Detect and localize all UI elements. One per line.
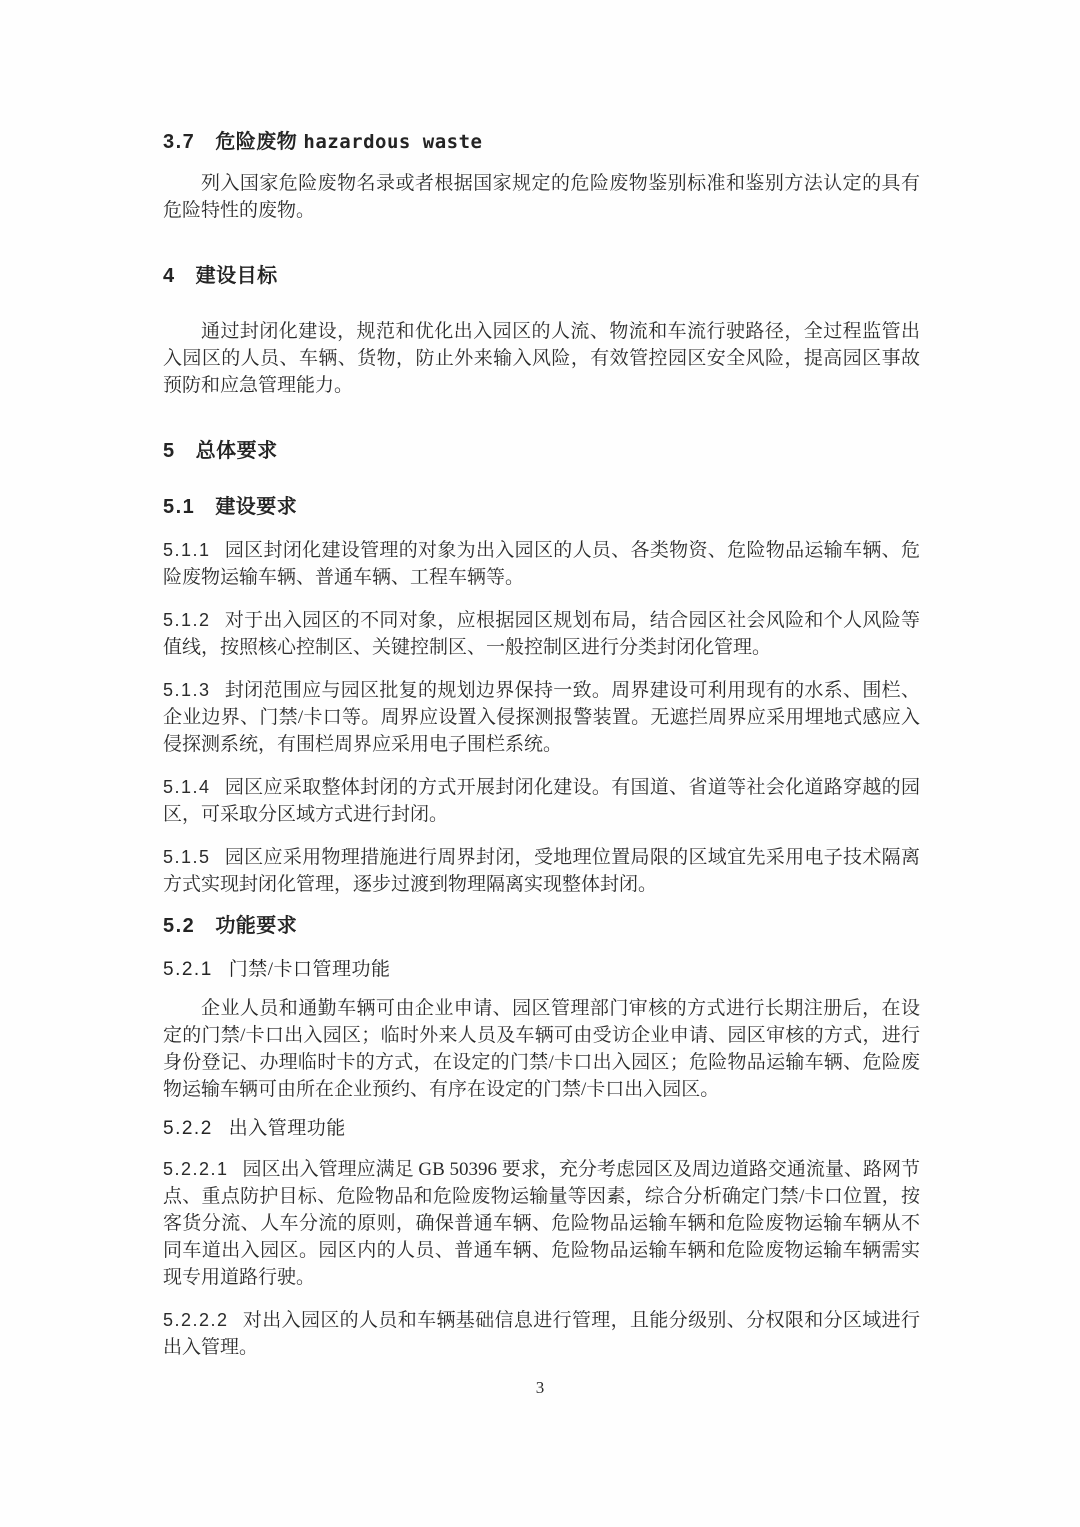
section-title: 建设目标 (196, 265, 278, 287)
section-number: 3.7 (163, 128, 195, 156)
section-title: 建设要求 (215, 496, 297, 518)
clause-number: 5.1.1 (163, 537, 211, 564)
section-number: 5.2.2 (163, 1115, 213, 1142)
paragraph-5-2-1: 企业人员和通勤车辆可由企业申请、园区管理部门审核的方式进行长期注册后，在设定的门… (163, 995, 920, 1103)
section-heading-3-7: 3.7危险废物 hazardous waste (163, 128, 920, 156)
clause-number: 5.2.2.2 (163, 1307, 229, 1334)
section-heading-5-2-1: 5.2.1门禁/卡口管理功能 (163, 956, 920, 983)
section-title: 危险废物 (215, 131, 297, 153)
clause-text: 对出入园区的人员和车辆基础信息进行管理，且能分级别、分权限和分区域进行出入管理。 (163, 1310, 920, 1358)
document-page: 3.7危险废物 hazardous waste 列入国家危险废物名录或者根据国家… (0, 0, 1080, 1527)
clause-number: 5.1.5 (163, 844, 211, 871)
clause-number: 5.1.2 (163, 607, 211, 634)
clause-5-2-2-2: 5.2.2.2对出入园区的人员和车辆基础信息进行管理，且能分级别、分权限和分区域… (163, 1307, 920, 1361)
clause-text: 园区应采取整体封闭的方式开展封闭化建设。有国道、省道等社会化道路穿越的园区，可采… (163, 777, 920, 825)
section-number: 5.1 (163, 493, 195, 521)
clause-text: 园区应采用物理措施进行周界封闭，受地理位置局限的区域宜先采用电子技术隔离方式实现… (163, 847, 920, 895)
section-heading-5-2-2: 5.2.2出入管理功能 (163, 1115, 920, 1142)
section-title: 门禁/卡口管理功能 (229, 959, 391, 980)
clause-5-1-3: 5.1.3封闭范围应与园区批复的规划边界保持一致。周界建设可利用现有的水系、围栏… (163, 677, 920, 758)
clause-5-1-5: 5.1.5园区应采用物理措施进行周界封闭，受地理位置局限的区域宜先采用电子技术隔… (163, 844, 920, 898)
clause-text: 园区封闭化建设管理的对象为出入园区的人员、各类物资、危险物品运输车辆、危险废物运… (163, 540, 920, 588)
section-title: 功能要求 (215, 915, 297, 937)
clause-5-1-2: 5.1.2对于出入园区的不同对象，应根据园区规划布局，结合园区社会风险和个人风险… (163, 607, 920, 661)
clause-number: 5.1.4 (163, 774, 211, 801)
clause-number: 5.2.2.1 (163, 1156, 229, 1183)
section-heading-5-1: 5.1建设要求 (163, 493, 920, 521)
section-heading-5-2: 5.2功能要求 (163, 912, 920, 940)
paragraph-definition-3-7: 列入国家危险废物名录或者根据国家规定的危险废物鉴别标准和鉴别方法认定的具有危险特… (163, 170, 920, 224)
section-heading-4: 4建设目标 (163, 262, 920, 290)
section-number: 5 (163, 437, 176, 465)
document-content: 3.7危险废物 hazardous waste 列入国家危险废物名录或者根据国家… (163, 128, 920, 1361)
paragraph-section-4: 通过封闭化建设，规范和优化出入园区的人流、物流和车流行驶路径，全过程监管出入园区… (163, 318, 920, 399)
clause-number: 5.1.3 (163, 677, 211, 704)
clause-text: 对于出入园区的不同对象，应根据园区规划布局，结合园区社会风险和个人风险等值线，按… (163, 610, 920, 658)
clause-5-1-4: 5.1.4园区应采取整体封闭的方式开展封闭化建设。有国道、省道等社会化道路穿越的… (163, 774, 920, 828)
page-number: 3 (0, 1378, 1080, 1398)
section-number: 4 (163, 262, 176, 290)
section-number: 5.2 (163, 912, 195, 940)
section-heading-5: 5总体要求 (163, 437, 920, 465)
section-number: 5.2.1 (163, 956, 213, 983)
clause-5-1-1: 5.1.1园区封闭化建设管理的对象为出入园区的人员、各类物资、危险物品运输车辆、… (163, 537, 920, 591)
section-title: 出入管理功能 (229, 1118, 346, 1139)
clause-5-2-2-1: 5.2.2.1园区出入管理应满足 GB 50396 要求，充分考虑园区及周边道路… (163, 1156, 920, 1291)
clause-text: 园区出入管理应满足 GB 50396 要求，充分考虑园区及周边道路交通流量、路网… (163, 1159, 920, 1288)
section-title: 总体要求 (196, 440, 278, 462)
clause-text: 封闭范围应与园区批复的规划边界保持一致。周界建设可利用现有的水系、围栏、企业边界… (163, 680, 920, 755)
section-title-english: hazardous waste (303, 131, 482, 153)
